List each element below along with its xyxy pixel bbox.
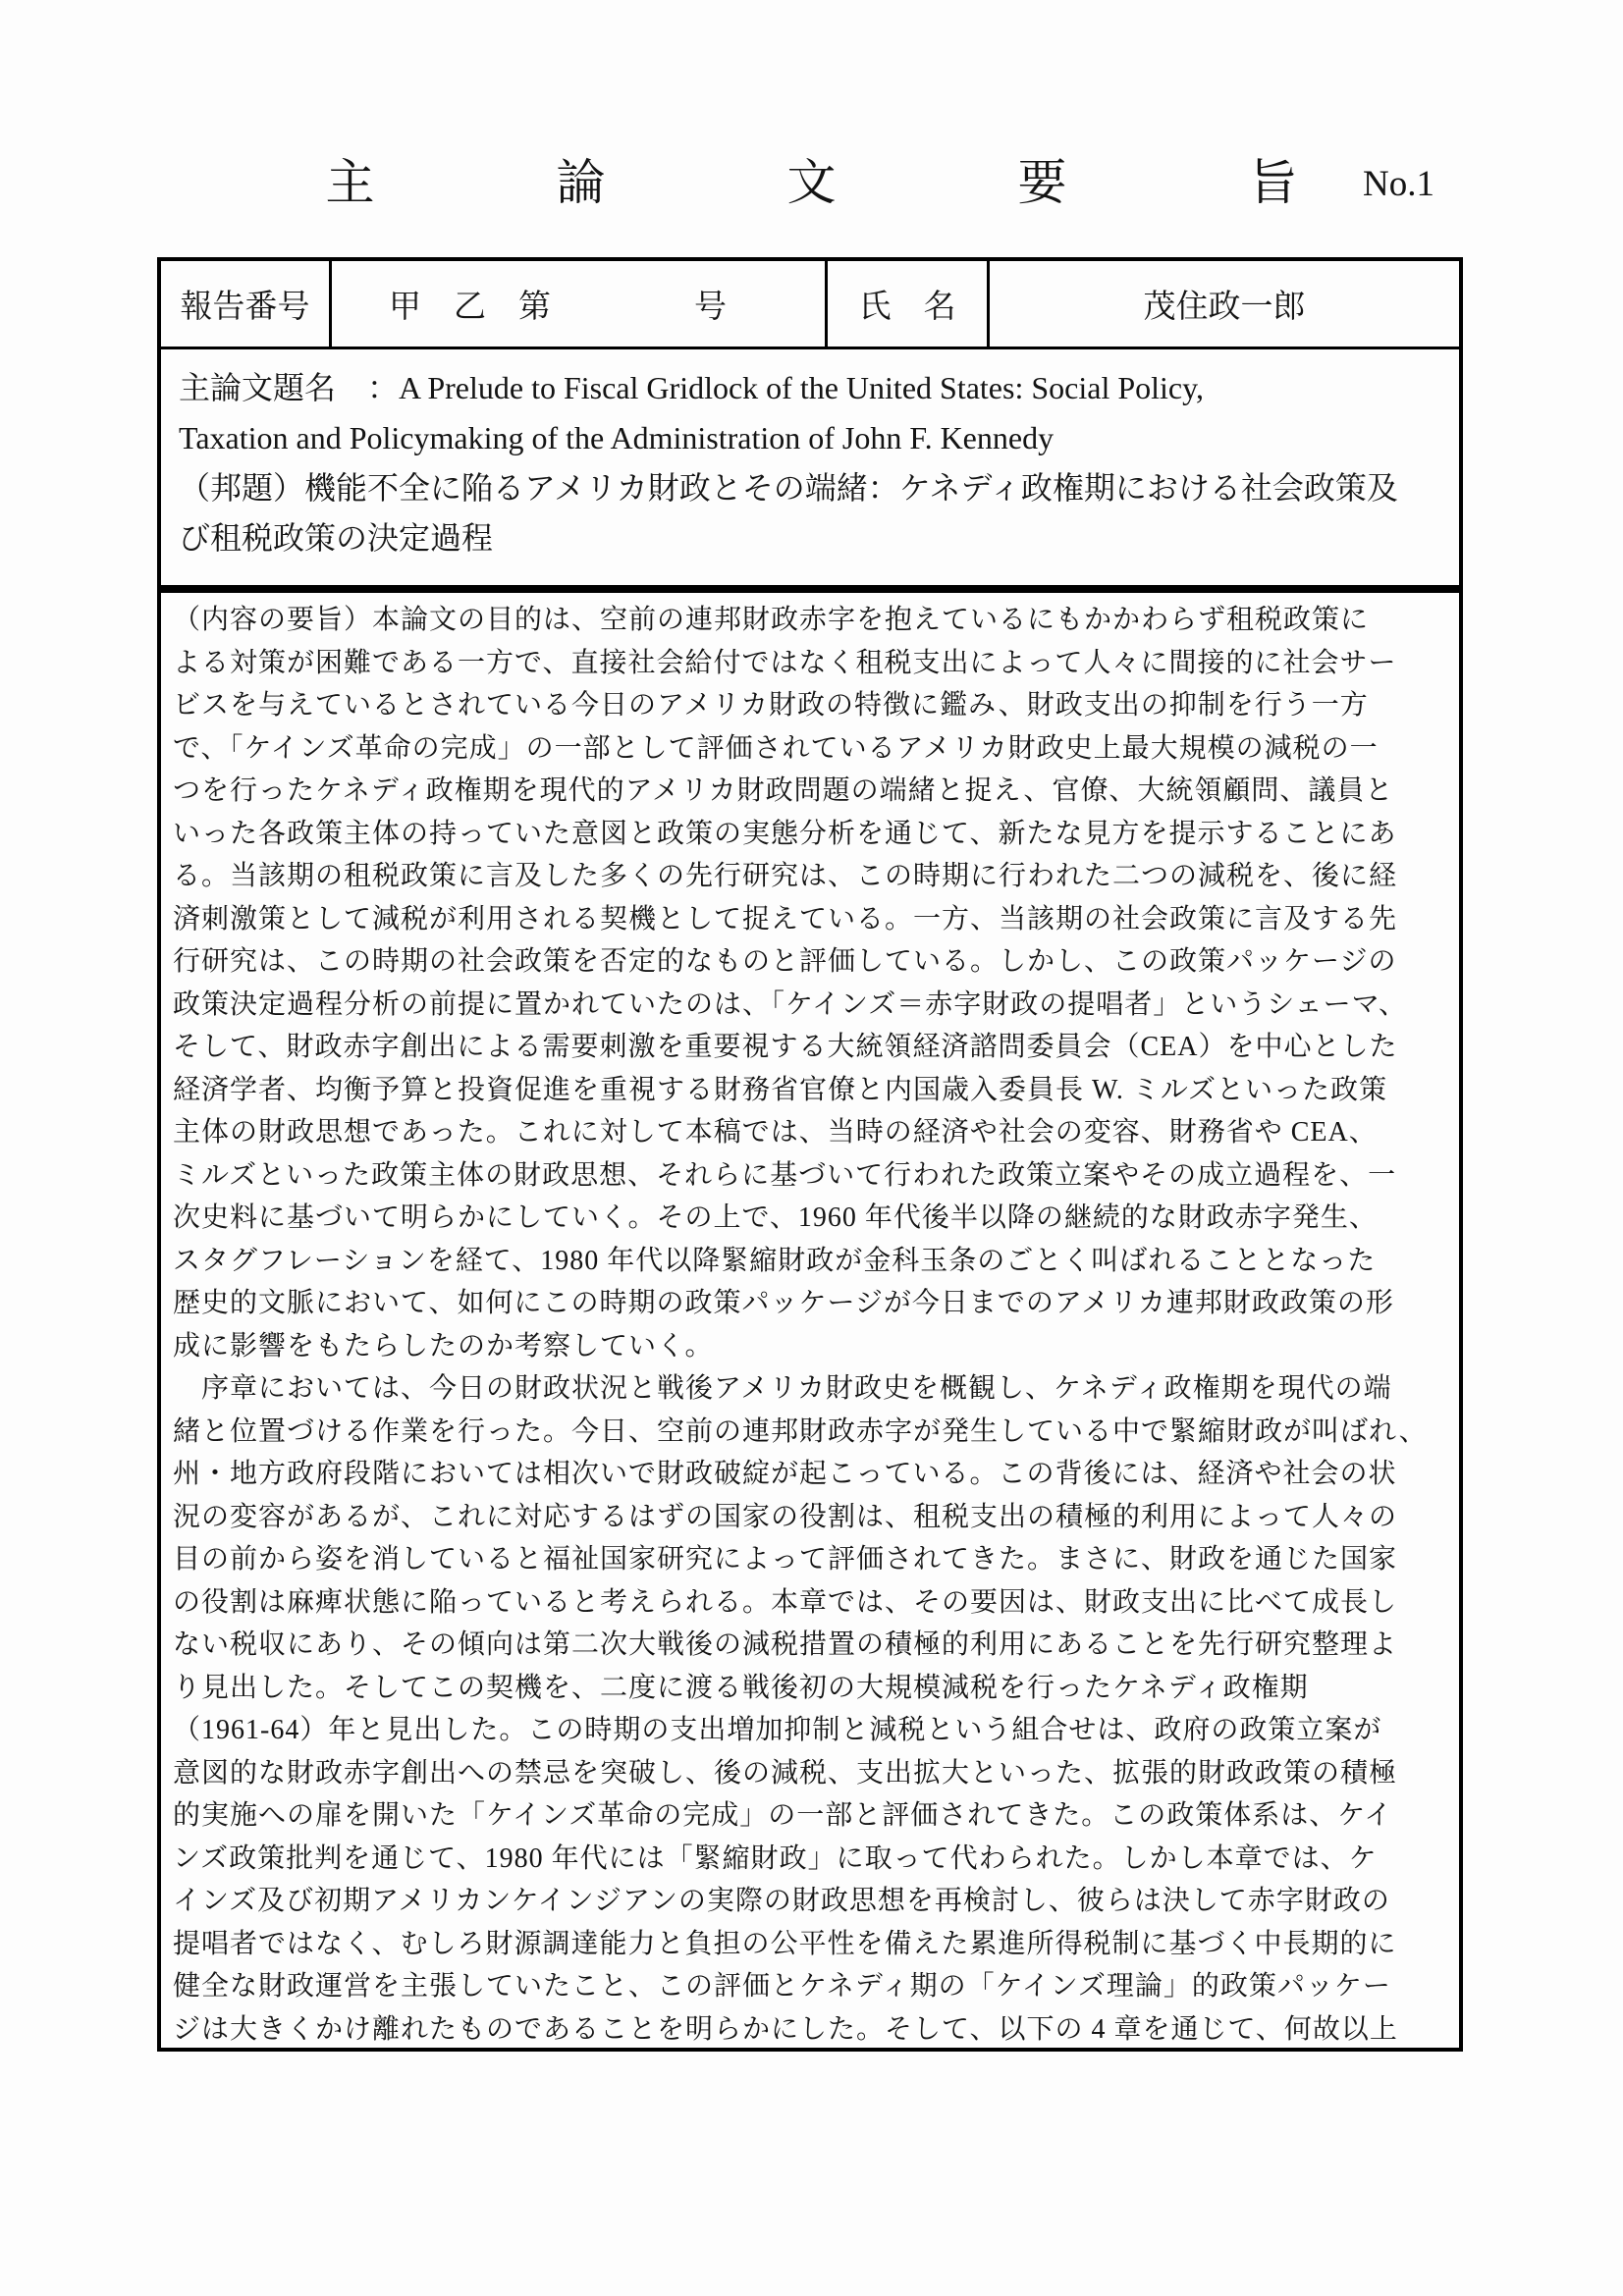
abstract-line: つを行ったケネディ政権期を現代的アメリカ財政問題の端緒と捉え、官僚、大統領顧問、… bbox=[173, 770, 1447, 813]
abstract-line: 経済学者、均衡予算と投資促進を重視する財務省官僚と内国歳入委員長 W. ミルズと… bbox=[173, 1069, 1447, 1112]
report-number-prefix: 甲 乙 第 bbox=[389, 281, 551, 327]
abstract-box: （内容の要旨）本論文の目的は、空前の連邦財政赤字を抱えているにもかかわらず租税政… bbox=[157, 589, 1463, 2052]
abstract-line: ジは大きくかけ離れたものであることを明らかにした。そして、以下の 4 章を通じて… bbox=[173, 2008, 1447, 2052]
thesis-title-line: び租税政策の決定過程 bbox=[179, 513, 1441, 563]
abstract-line: る。当該期の租税政策に言及した多くの先行研究は、この時期に行われた二つの減税を、… bbox=[173, 855, 1447, 898]
abstract-line: ビスを与えているとされている今日のアメリカ財政の特徴に鑑み、財政支出の抑制を行う… bbox=[173, 684, 1447, 727]
abstract-line: いった各政策主体の持っていた意図と政策の実態分析を通じて、新たな見方を提示するこ… bbox=[173, 813, 1447, 856]
abstract-line: （1961-64）年と見出した。この時期の支出増加抑制と減税という組合せは、政府… bbox=[173, 1709, 1447, 1752]
thesis-title-cell: 主論文題名 ：A Prelude to Fiscal Gridlock of t… bbox=[161, 349, 1459, 585]
abstract-line: よる対策が困難である一方で、直接社会給付ではなく租税支出によって人々に間接的に社… bbox=[173, 642, 1447, 685]
abstract-line: 政策決定過程分析の前提に置かれていたのは、「ケインズ＝赤字財政の提唱者」というシ… bbox=[173, 984, 1447, 1027]
page-number: No.1 bbox=[1363, 163, 1434, 205]
thesis-title-line: 主論文題名 ：A Prelude to Fiscal Gridlock of t… bbox=[179, 363, 1441, 413]
abstract-line: で、「ケインズ革命の完成」の一部として評価されているアメリカ財政史上最大規模の減… bbox=[173, 727, 1447, 771]
page-title: 主論文要旨 bbox=[326, 143, 1480, 214]
abstract-line: （内容の要旨）本論文の目的は、空前の連邦財政赤字を抱えているにもかかわらず租税政… bbox=[173, 599, 1447, 642]
abstract-line: そして、財政赤字創出による需要刺激を重要視する大統領経済諮問委員会（CEA）を中… bbox=[173, 1026, 1447, 1069]
abstract-line: 済刺激策として減税が利用される契機として捉えている。一方、当該期の社会政策に言及… bbox=[173, 898, 1447, 941]
abstract-line: の役割は麻痺状態に陥っていると考えられる。本章では、その要因は、財政支出に比べて… bbox=[173, 1581, 1447, 1625]
abstract-line: 意図的な財政赤字創出への禁忌を突破し、後の減税、支出拡大といった、拡張的財政政策… bbox=[173, 1752, 1447, 1795]
abstract-line: 州・地方政府段階においては相次いで財政破綻が起こっている。この背後には、経済や社… bbox=[173, 1453, 1447, 1496]
abstract-line: 的実施への扉を開いた「ケインズ革命の完成」の一部と評価されてきた。この政策体系は… bbox=[173, 1794, 1447, 1838]
abstract-line: 序章においては、今日の財政状況と戦後アメリカ財政史を概観し、ケネディ政権期を現代… bbox=[173, 1367, 1447, 1411]
abstract-line: 目の前から姿を消していると福祉国家研究によって評価されてきた。まさに、財政を通じ… bbox=[173, 1538, 1447, 1581]
abstract-line: 提唱者ではなく、むしろ財源調達能力と負担の公平性を備えた累進所得税制に基づく中長… bbox=[173, 1923, 1447, 1966]
report-info-table: 報告番号 甲 乙 第 号 氏 名 茂住政一郎 主論文題名 ：A Prelude … bbox=[157, 257, 1463, 589]
abstract-line: 健全な財政運営を主張していたこと、この評価とケネディ期の「ケインズ理論」的政策パ… bbox=[173, 1965, 1447, 2008]
report-number-label: 報告番号 bbox=[161, 261, 332, 347]
abstract-line: スタグフレーションを経て、1980 年代以降緊縮財政が金科玉条のごとく叫ばれるこ… bbox=[173, 1240, 1447, 1283]
abstract-line: ミルズといった政策主体の財政思想、それらに基づいて行われた政策立案やその成立過程… bbox=[173, 1154, 1447, 1198]
abstract-line: 況の変容があるが、これに対応するはずの国家の役割は、租税支出の積極的利用によって… bbox=[173, 1496, 1447, 1539]
abstract-line: 行研究は、この時期の社会政策を否定的なものと評価している。しかし、この政策パッケ… bbox=[173, 940, 1447, 984]
document-page: 主論文要旨 No.1 報告番号 甲 乙 第 号 氏 名 茂住政一郎 主論文題名 … bbox=[0, 0, 1623, 2296]
thesis-title-line: Taxation and Policymaking of the Adminis… bbox=[179, 413, 1441, 463]
thesis-title-line: （邦題）機能不全に陥るアメリカ財政とその端緒：ケネディ政権期における社会政策及 bbox=[179, 463, 1441, 513]
abstract-line: 歴史的文脈において、如何にこの時期の政策パッケージが今日までのアメリカ連邦財政政… bbox=[173, 1282, 1447, 1325]
abstract-line: 緒と位置づける作業を行った。今日、空前の連邦財政赤字が発生している中で緊縮財政が… bbox=[173, 1411, 1447, 1454]
abstract-line: ない税収にあり、その傾向は第二次大戦後の減税措置の積極的利用にあることを先行研究… bbox=[173, 1624, 1447, 1667]
abstract-line: り見出した。そしてこの契機を、二度に渡る戦後初の大規模減税を行ったケネディ政権期 bbox=[173, 1667, 1447, 1710]
abstract-line: 次史料に基づいて明らかにしていく。その上で、1960 年代後半以降の継続的な財政… bbox=[173, 1197, 1447, 1240]
name-value: 茂住政一郎 bbox=[990, 261, 1459, 347]
name-label: 氏 名 bbox=[828, 261, 990, 347]
abstract-line: 成に影響をもたらしたのか考察していく。 bbox=[173, 1325, 1447, 1368]
report-number-suffix: 号 bbox=[694, 281, 727, 327]
abstract-line: ンズ政策批判を通じて、1980 年代には「緊縮財政」に取って代わられた。しかし本… bbox=[173, 1838, 1447, 1881]
abstract-line: インズ及び初期アメリカンケインジアンの実際の財政思想を再検討し、彼らは決して赤字… bbox=[173, 1880, 1447, 1923]
report-number-value: 甲 乙 第 号 bbox=[332, 261, 828, 347]
abstract-line: 主体の財政思想であった。これに対して本稿では、当時の経済や社会の変容、財務省や … bbox=[173, 1111, 1447, 1154]
report-info-row: 報告番号 甲 乙 第 号 氏 名 茂住政一郎 bbox=[161, 261, 1459, 349]
